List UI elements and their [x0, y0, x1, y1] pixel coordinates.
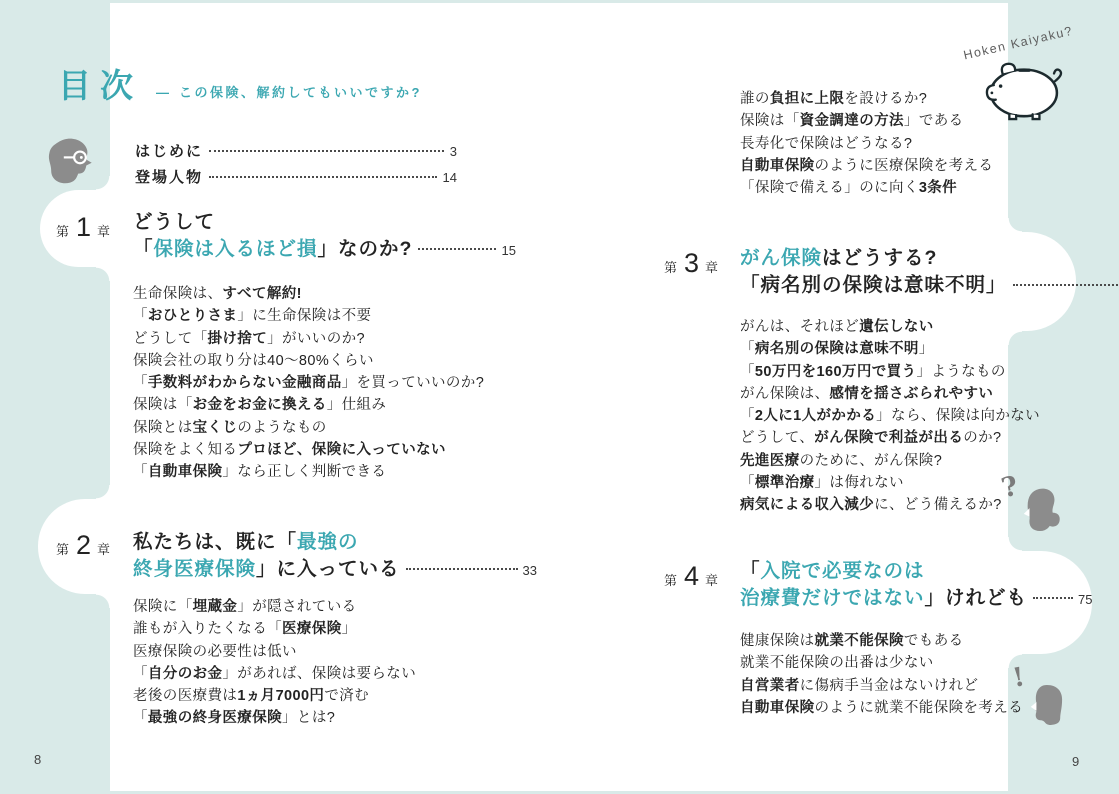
chapter-number: 2 [70, 530, 97, 561]
section-item: 誰の負担に上限を設けるか? [740, 88, 993, 110]
section-item: がんは、それほど遺伝しない [740, 316, 1040, 338]
chapter-3-title-line2: 「病名別の保険は意味不明」57 [740, 272, 1119, 300]
chapter-3-bubble-fillet-top [1008, 218, 1022, 232]
chapter-2-page-number: 33 [523, 563, 537, 578]
chapter-2-section-list: 保険に「埋蔵金」が隠されている 誰もが入りたくなる「医療保険」 医療保険の必要性… [133, 596, 416, 730]
chapter-4-section-list: 健康保険は就業不能保険でもある 就業不能保険の出番は少ない 自営業者に傷病手当金… [740, 630, 1023, 719]
section-item: 「2人に1人がかかる」なら、保険は向かない [740, 405, 1040, 427]
chapter-4-page-number: 75 [1078, 592, 1092, 607]
chapter-label-suffix: 章 [97, 221, 111, 240]
section-item: 「50万円を160万円で買う」ようなもの [740, 361, 1040, 383]
section-item: 医療保険の必要性は低い [133, 641, 416, 663]
dotted-leader [209, 150, 444, 152]
left-margin-strip [0, 0, 110, 794]
dotted-leader [418, 248, 496, 250]
section-item: 「手数料がわからない金融商品」を買っていいのか? [133, 372, 484, 394]
chapter-1-page-number: 15 [501, 243, 515, 258]
chapter-1-title-line2: 「保険は入るほど損」なのか?15 [133, 236, 516, 264]
right-page-number: 9 [1072, 754, 1079, 769]
chapter-1-label: 第 1 章 [56, 212, 111, 243]
exclamation-man-icon [1026, 683, 1064, 732]
section-item: 自営業者に傷病手当金はないけれど [740, 675, 1023, 697]
section-item: 誰もが入りたくなる「医療保険」 [133, 618, 416, 640]
section-item: 保険は「お金をお金に換える」仕組み [133, 394, 484, 416]
chapter-4-label: 第 4 章 [664, 561, 719, 592]
chapter-4-title-line1: 「入院で必要なのは [740, 558, 1093, 585]
section-item: 保険をよく知るプロほど、保険に入っていない [133, 439, 484, 461]
section-item: 「病名別の保険は意味不明」 [740, 338, 1040, 360]
toc-entry-label: 登場人物 [135, 166, 203, 187]
section-item: 「標準治療」は侮れない [740, 472, 1040, 494]
chapter-1-bubble-fillet-top [96, 176, 110, 190]
book-spread: 目次 — この保険、解約してもいいですか? はじめに 3 登場人物 14 第 1… [0, 0, 1119, 794]
chapter-4-bubble-fillet-top [1008, 537, 1022, 551]
chapter-number: 4 [678, 561, 705, 592]
chapter-2-title: 私たちは、既に「最強の 終身医療保険」に入っている33 [133, 529, 537, 584]
page-title: 目次 [58, 60, 142, 107]
chapter-1-title-line1: どうして [133, 209, 516, 236]
toc-entry-page: 3 [450, 144, 457, 159]
section-item: 保険会社の取り分は40〜80%くらい [133, 350, 484, 372]
chapter-3-section-list: がんは、それほど遺伝しない 「病名別の保険は意味不明」 「50万円を160万円で… [740, 316, 1040, 517]
section-item: 長寿化で保険はどうなる? [740, 133, 993, 155]
toc-subtitle: この保険、解約してもいいですか? [179, 82, 422, 101]
question-woman-icon [1020, 487, 1062, 538]
left-page-number: 8 [34, 752, 41, 767]
chapter-label-prefix: 第 [56, 539, 70, 558]
section-item: どうして「掛け捨て」がいいのか? [133, 328, 484, 350]
dotted-leader [1033, 597, 1073, 599]
toc-title-block: 目次 — この保険、解約してもいいですか? [58, 60, 422, 107]
chapter-label-prefix: 第 [56, 221, 70, 240]
chapter-2-section-list-continued: 誰の負担に上限を設けるか? 保険は「資金調達の方法」である 長寿化で保険はどうな… [740, 88, 993, 199]
chapter-label-suffix: 章 [97, 539, 111, 558]
toc-subtitle-dash: — [156, 85, 169, 100]
frontmatter-list: はじめに 3 登場人物 14 [135, 140, 457, 192]
chapter-4-title-line2: 治療費だけではない」けれども75 [740, 585, 1093, 613]
section-item: 「最強の終身医療保険」とは? [133, 707, 416, 729]
chapter-2-label: 第 2 章 [56, 530, 111, 561]
section-item: 「おひとりさま」に生命保険は不要 [133, 305, 484, 327]
dotted-leader [209, 176, 437, 178]
section-item: 保険は「資金調達の方法」である [740, 110, 993, 132]
dotted-leader [406, 568, 518, 570]
section-item: 病気による収入減少に、どう備えるか? [740, 494, 1040, 516]
section-item: 先進医療のために、がん保険? [740, 450, 1040, 472]
section-item: 自動車保険のように医療保険を考える [740, 155, 993, 177]
chapter-2-bubble-fillet-top [96, 485, 110, 499]
chapter-label-suffix: 章 [705, 257, 719, 276]
toc-entry-label: はじめに [135, 140, 203, 161]
chapter-1-bubble-fillet-bottom [96, 267, 110, 281]
section-item: どうして、がん保険で利益が出るのか? [740, 427, 1040, 449]
chapter-2-title-line1: 私たちは、既に「最強の [133, 529, 537, 556]
section-item: がん保険は、感情を揺さぶられやすい [740, 383, 1040, 405]
section-item: 健康保険は就業不能保険でもある [740, 630, 1023, 652]
toc-entry-tojo-jinbutsu: 登場人物 14 [135, 166, 457, 192]
chapter-number: 1 [70, 212, 97, 243]
chapter-3-title: がん保険はどうする? 「病名別の保険は意味不明」57 [740, 245, 1119, 300]
piggy-bank-icon [972, 56, 1070, 127]
section-item: 就業不能保険の出番は少ない [740, 652, 1023, 674]
chapter-label-prefix: 第 [664, 570, 678, 589]
dotted-leader [1013, 284, 1119, 286]
section-item: 「自分のお金」があれば、保険は要らない [133, 663, 416, 685]
section-item: 保険とは宝くじのようなもの [133, 417, 484, 439]
chapter-label-suffix: 章 [705, 570, 719, 589]
chapter-3-label: 第 3 章 [664, 248, 719, 279]
chapter-1-section-list: 生命保険は、すべて解約! 「おひとりさま」に生命保険は不要 どうして「掛け捨て」… [133, 283, 484, 484]
section-item: 自動車保険のように就業不能保険を考える [740, 697, 1023, 719]
toc-entry-page: 14 [443, 170, 457, 185]
section-item: 老後の医療費は1ヵ月7000円で済む [133, 685, 416, 707]
section-item: 生命保険は、すべて解約! [133, 283, 484, 305]
section-item: 「保険で備える」のに向く3条件 [740, 177, 993, 199]
chapter-label-prefix: 第 [664, 257, 678, 276]
toc-entry-hajimeni: はじめに 3 [135, 140, 457, 166]
section-item: 「自動車保険」なら正しく判断できる [133, 461, 484, 483]
chapter-2-bubble-fillet-bottom [96, 594, 110, 608]
chapter-2-title-line2: 終身医療保険」に入っている33 [133, 556, 537, 584]
chapter-1-title: どうして 「保険は入るほど損」なのか?15 [133, 209, 516, 264]
chapter-4-title: 「入院で必要なのは 治療費だけではない」けれども75 [740, 558, 1093, 613]
top-edge-tint [0, 0, 1119, 3]
section-item: 保険に「埋蔵金」が隠されている [133, 596, 416, 618]
reader-head-icon [44, 136, 98, 191]
chapter-number: 3 [678, 248, 705, 279]
chapter-3-title-line1: がん保険はどうする? [740, 245, 1119, 272]
